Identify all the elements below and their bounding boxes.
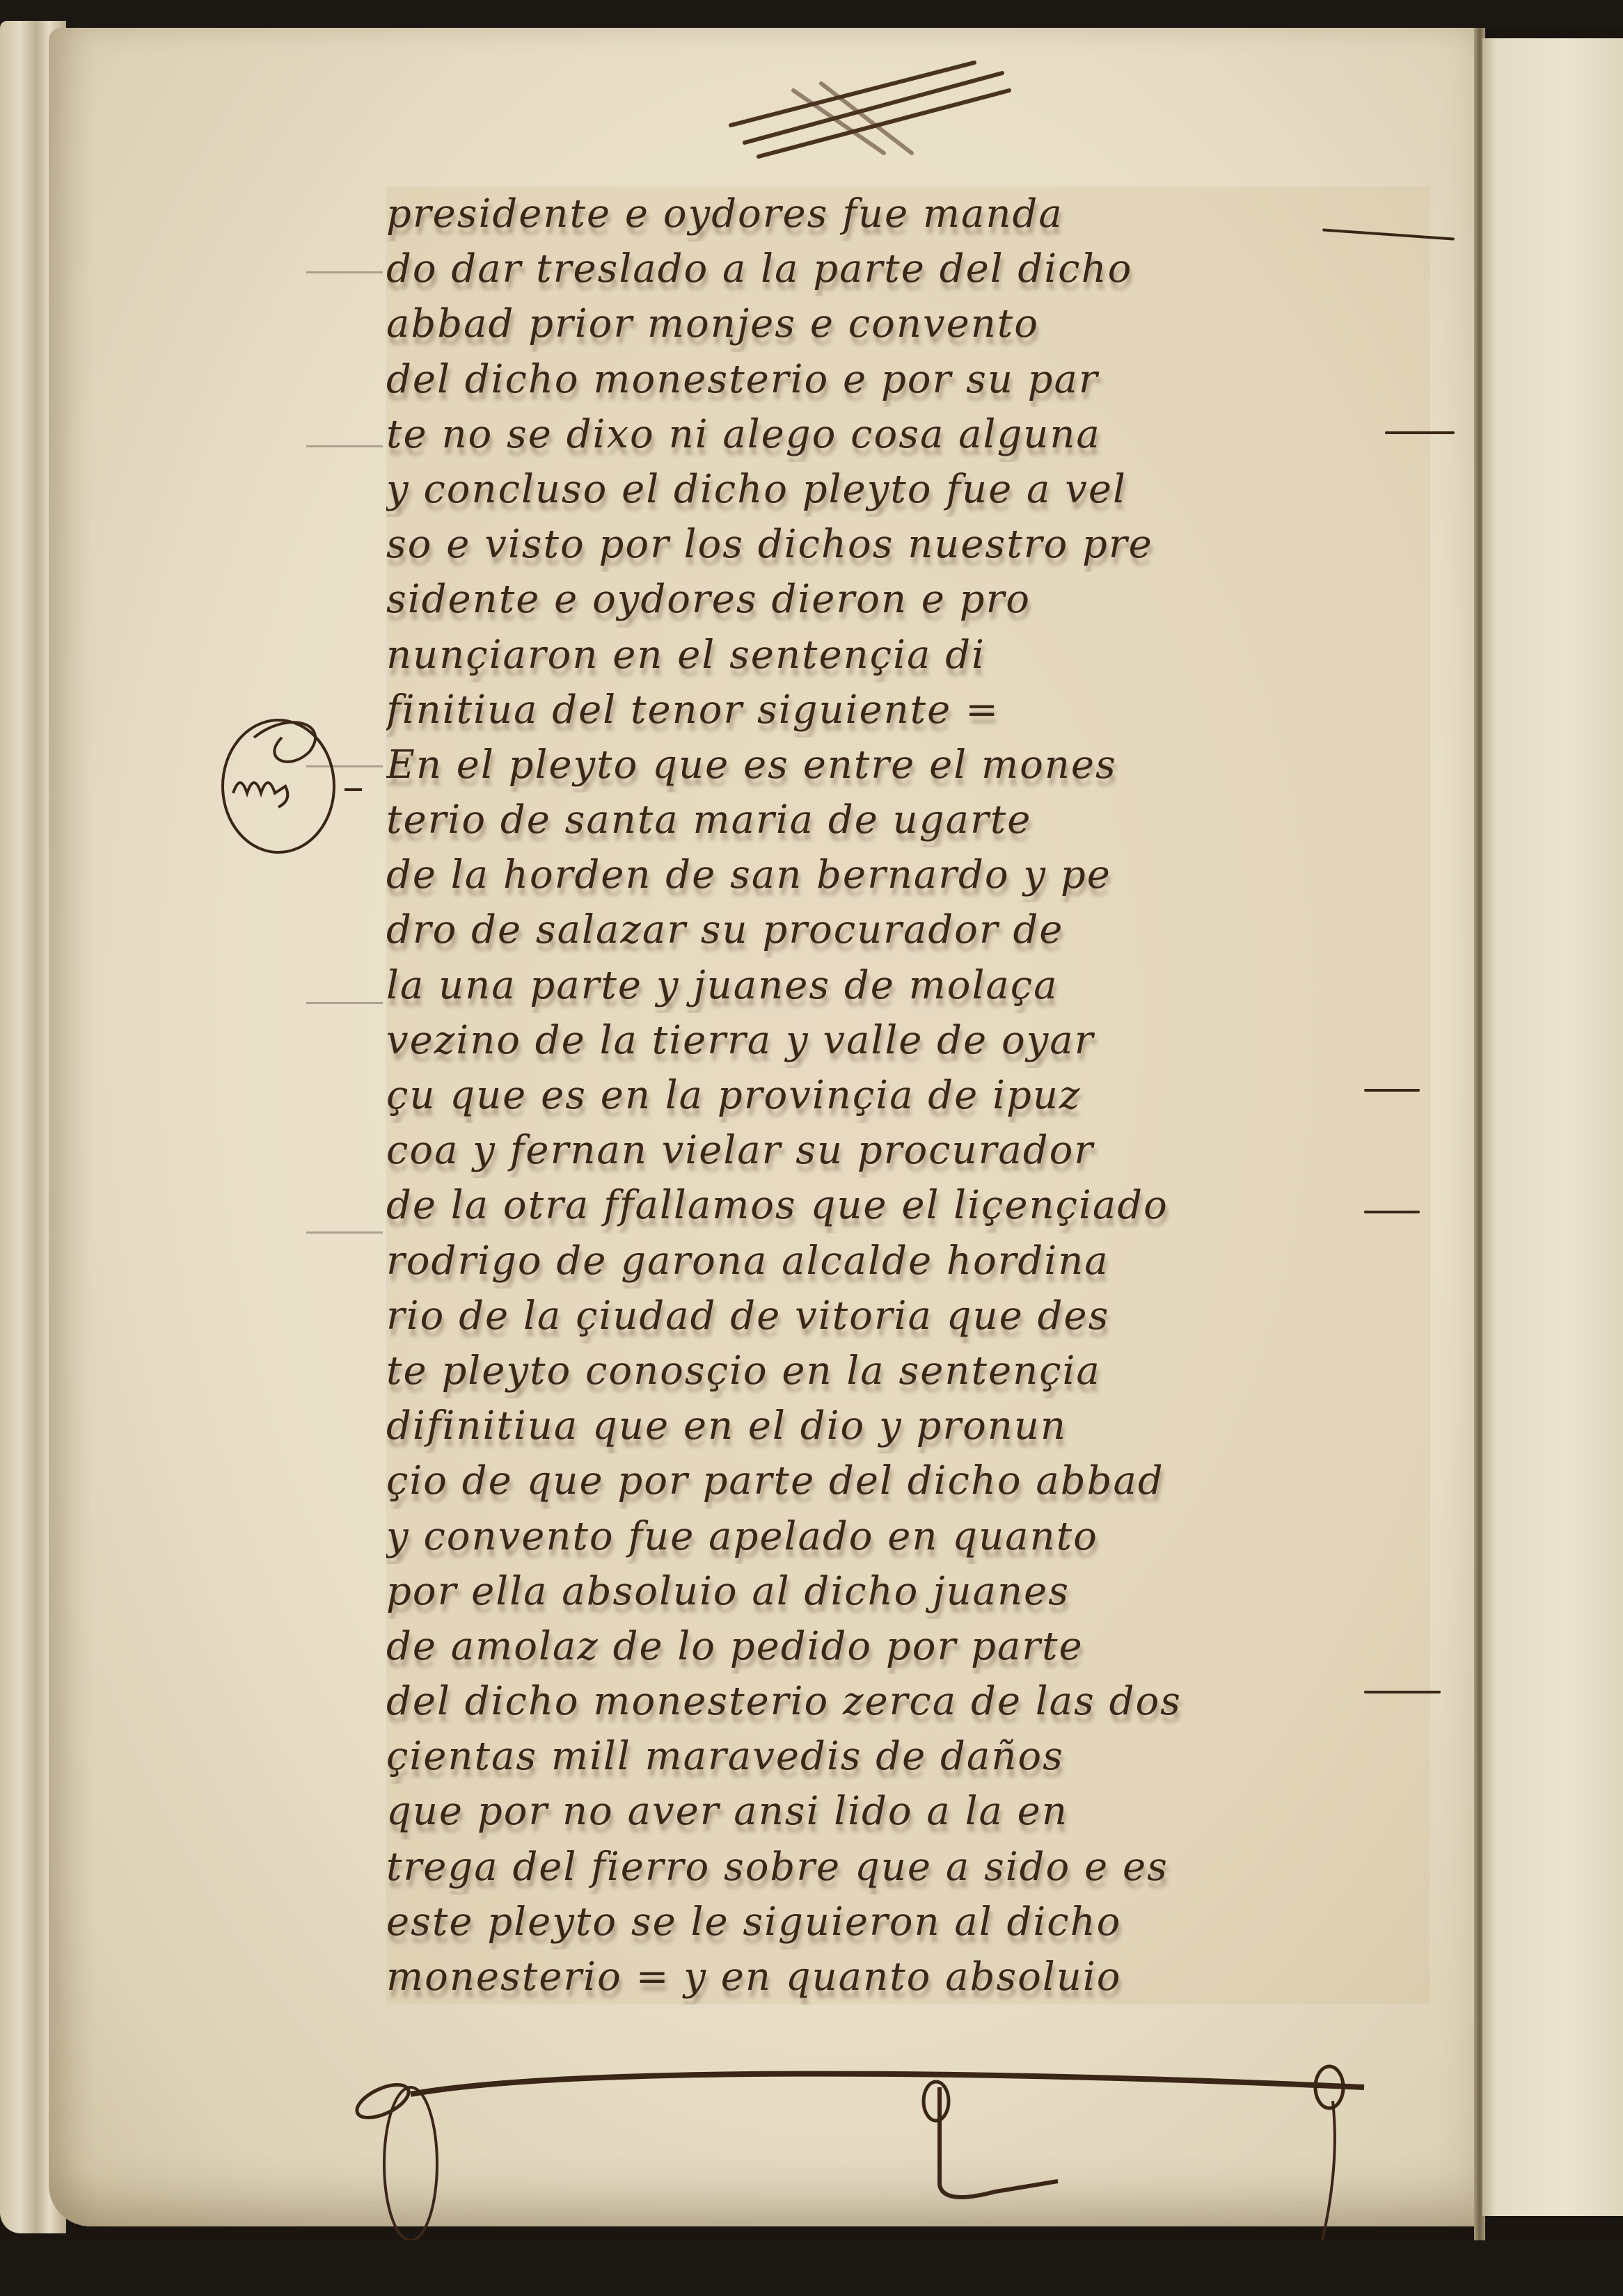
scan-background-top	[0, 0, 1623, 28]
text-line: terio de santa maria de ugarte	[386, 792, 1430, 847]
text-line: En el pleyto que es entre el mones	[386, 738, 1430, 792]
text-line: coa y fernan vielar su procurador	[386, 1123, 1430, 1178]
text-line: nunçiaron en el sentençia di	[386, 628, 1430, 683]
facing-page-edge	[1482, 38, 1623, 2216]
text-line: por ella absoluio al dicho juanes	[386, 1564, 1430, 1619]
text-line: monesterio = y en quanto absoluio	[386, 1950, 1430, 2004]
text-line: sidente e oydores dieron e pro	[386, 572, 1430, 627]
margin-annotation-icon	[212, 710, 365, 856]
text-line: çu que es en la provinçia de ipuz	[386, 1068, 1430, 1123]
text-line: y convento fue apelado en quanto	[386, 1509, 1430, 1564]
text-line: dro de salazar su procurador de	[386, 902, 1430, 957]
text-line: la una parte y juanes de molaça	[386, 958, 1430, 1013]
text-line: te pleyto conosçio en la sentençia	[386, 1344, 1430, 1398]
text-line: difinitiua que en el dio y pronun	[386, 1398, 1430, 1453]
scanned-manuscript: presidente e oydores fue manda do dar tr…	[0, 0, 1623, 2296]
text-line: rodrigo de garona alcalde hordina	[386, 1234, 1430, 1289]
text-line: do dar treslado a la parte del dicho	[386, 241, 1430, 296]
text-line: de la otra ffallamos que el liçençiado	[386, 1178, 1430, 1233]
text-line: presidente e oydores fue manda	[386, 186, 1430, 241]
scan-background-bottom	[0, 2240, 1623, 2296]
line-end-flourish	[1364, 1211, 1420, 1213]
margin-guide-lines	[306, 244, 390, 2052]
line-end-flourish	[1385, 431, 1455, 434]
closing-rubric-icon	[355, 2059, 1399, 2240]
manuscript-text: presidente e oydores fue manda do dar tr…	[386, 186, 1430, 2004]
text-line: so e visto por los dichos nuestro pre	[386, 517, 1430, 572]
hatch-mark-icon	[724, 49, 1016, 160]
text-line: te no se dixo ni alego cosa alguna	[386, 407, 1430, 462]
text-line: del dicho monesterio zerca de las dos	[386, 1674, 1430, 1729]
text-line: este pleyto se le siguieron al dicho	[386, 1895, 1430, 1950]
text-line: abbad prior monjes e convento	[386, 296, 1430, 351]
text-line: rio de la çiudad de vitoria que des	[386, 1289, 1430, 1344]
text-line: trega del fierro sobre que a sido e es	[386, 1840, 1430, 1895]
text-line: que por no aver ansi lido a la en	[386, 1784, 1430, 1839]
text-line: de amolaz de lo pedido por parte	[386, 1619, 1430, 1674]
line-end-flourish	[1364, 1691, 1441, 1693]
text-line: finitiua del tenor siguiente =	[386, 683, 1430, 738]
text-line: çio de que por parte del dicho abbad	[386, 1453, 1430, 1508]
text-line: de la horden de san bernardo y pe	[386, 847, 1430, 902]
text-line: çientas mill maravedis de daños	[386, 1729, 1430, 1784]
text-line: del dicho monesterio e por su par	[386, 352, 1430, 407]
line-end-flourish	[1364, 1089, 1420, 1092]
text-line: vezino de la tierra y valle de oyar	[386, 1013, 1430, 1068]
text-line: y concluso el dicho pleyto fue a vel	[386, 462, 1430, 517]
